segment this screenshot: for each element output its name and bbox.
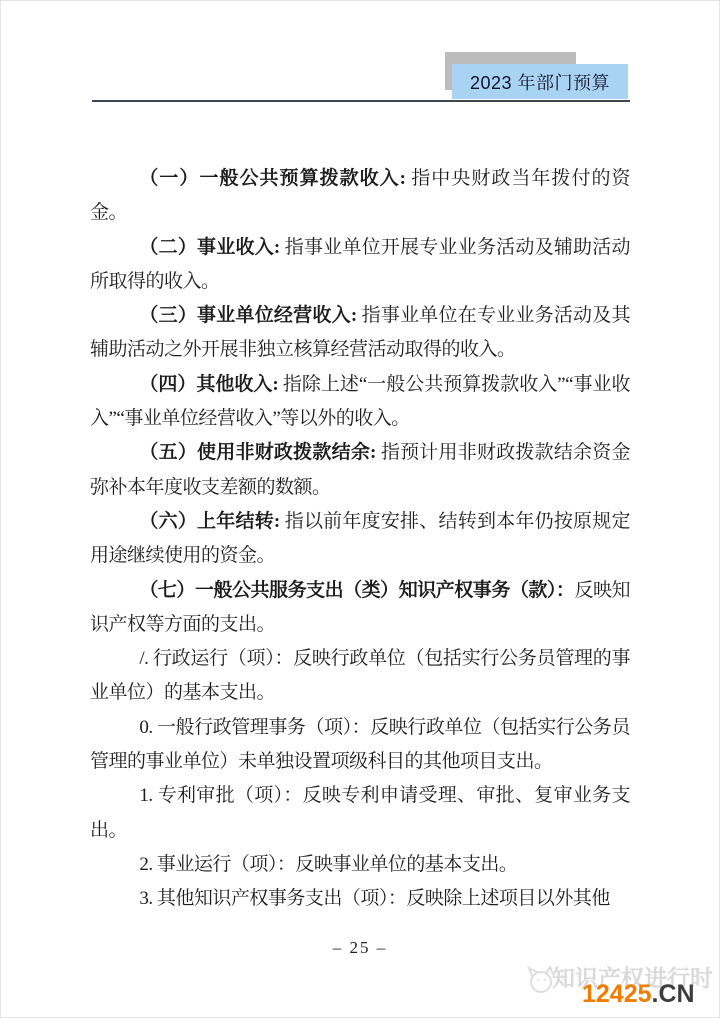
paragraph: 2. 事业运行（项）：反映事业单位的基本支出。: [90, 848, 630, 882]
paragraph-label: （三）事业单位经营收入:: [139, 305, 356, 326]
paragraph: 0. 一般行政管理事务（项）：反映行政单位（包括实行公务员管理的事业单位）未单独…: [90, 711, 630, 780]
paragraph-label: （二）事业收入:: [139, 237, 279, 258]
paragraph: （七）一般公共服务支出（类）知识产权事务（款）：反映知识产权等方面的支出。: [90, 574, 630, 643]
paragraph-label: （四）其他收入:: [139, 374, 278, 395]
paragraph: （一）一般公共预算拨款收入: 指中央财政当年拨付的资金。: [90, 162, 630, 231]
paragraph-text: /. 行政运行（项）：反映行政单位（包括实行公务员管理的事业单位）的基本支出。: [90, 648, 630, 703]
page-number: – 25 –: [0, 938, 720, 958]
header-badge: 2023 年部门预算: [452, 64, 628, 99]
site-watermark: 知识产权进行时 12425.CN: [522, 958, 718, 1014]
paragraph: （五）使用非财政拨款结余: 指预计用非财政拨款结余资金弥补本年度收支差额的数额。: [90, 436, 630, 505]
paragraph-list: （一）一般公共预算拨款收入: 指中央财政当年拨付的资金。 （二）事业收入: 指事…: [90, 162, 630, 917]
header-rule: [92, 100, 630, 102]
paragraph-label: （六）上年结转:: [139, 511, 279, 532]
paragraph-label: （七）一般公共服务支出（类）知识产权事务（款）：: [139, 580, 574, 601]
paragraph: 1. 专利审批（项）：反映专利申请受理、审批、复审业务支出。: [90, 779, 630, 848]
watermark-brand-number: 12425: [582, 980, 652, 1008]
paragraph-text: 1. 专利审批（项）：反映专利申请受理、审批、复审业务支出。: [90, 785, 630, 840]
paragraph-label: （一）一般公共预算拨款收入:: [139, 168, 405, 189]
paragraph-label: （五）使用非财政拨款结余:: [139, 442, 375, 463]
document-page: 2023 年部门预算 （一）一般公共预算拨款收入: 指中央财政当年拨付的资金。 …: [0, 0, 720, 1018]
watermark-brand: 12425.CN: [582, 980, 695, 1009]
paragraph-text: 0. 一般行政管理事务（项）：反映行政单位（包括实行公务员管理的事业单位）未单独…: [90, 717, 630, 772]
paragraph: 3. 其他知识产权事务支出（项）：反映除上述项目以外其他: [90, 882, 630, 916]
paragraph: （四）其他收入: 指除上述“一般公共预算拨款收入”“事业收入”“事业单位经营收入…: [90, 368, 630, 437]
paragraph: （六）上年结转: 指以前年度安排、结转到本年仍按原规定用途继续使用的资金。: [90, 505, 630, 574]
paragraph: /. 行政运行（项）：反映行政单位（包括实行公务员管理的事业单位）的基本支出。: [90, 642, 630, 711]
paragraph-text: 2. 事业运行（项）：反映事业单位的基本支出。: [139, 854, 517, 875]
watermark-brand-tld: .CN: [652, 980, 695, 1008]
paragraph: （三）事业单位经营收入: 指事业单位在专业业务活动及其辅助活动之外开展非独立核算…: [90, 299, 630, 368]
paragraph: （二）事业收入: 指事业单位开展专业业务活动及辅助活动所取得的收入。: [90, 231, 630, 300]
paragraph-text: 3. 其他知识产权事务支出（项）：反映除上述项目以外其他: [139, 888, 610, 909]
